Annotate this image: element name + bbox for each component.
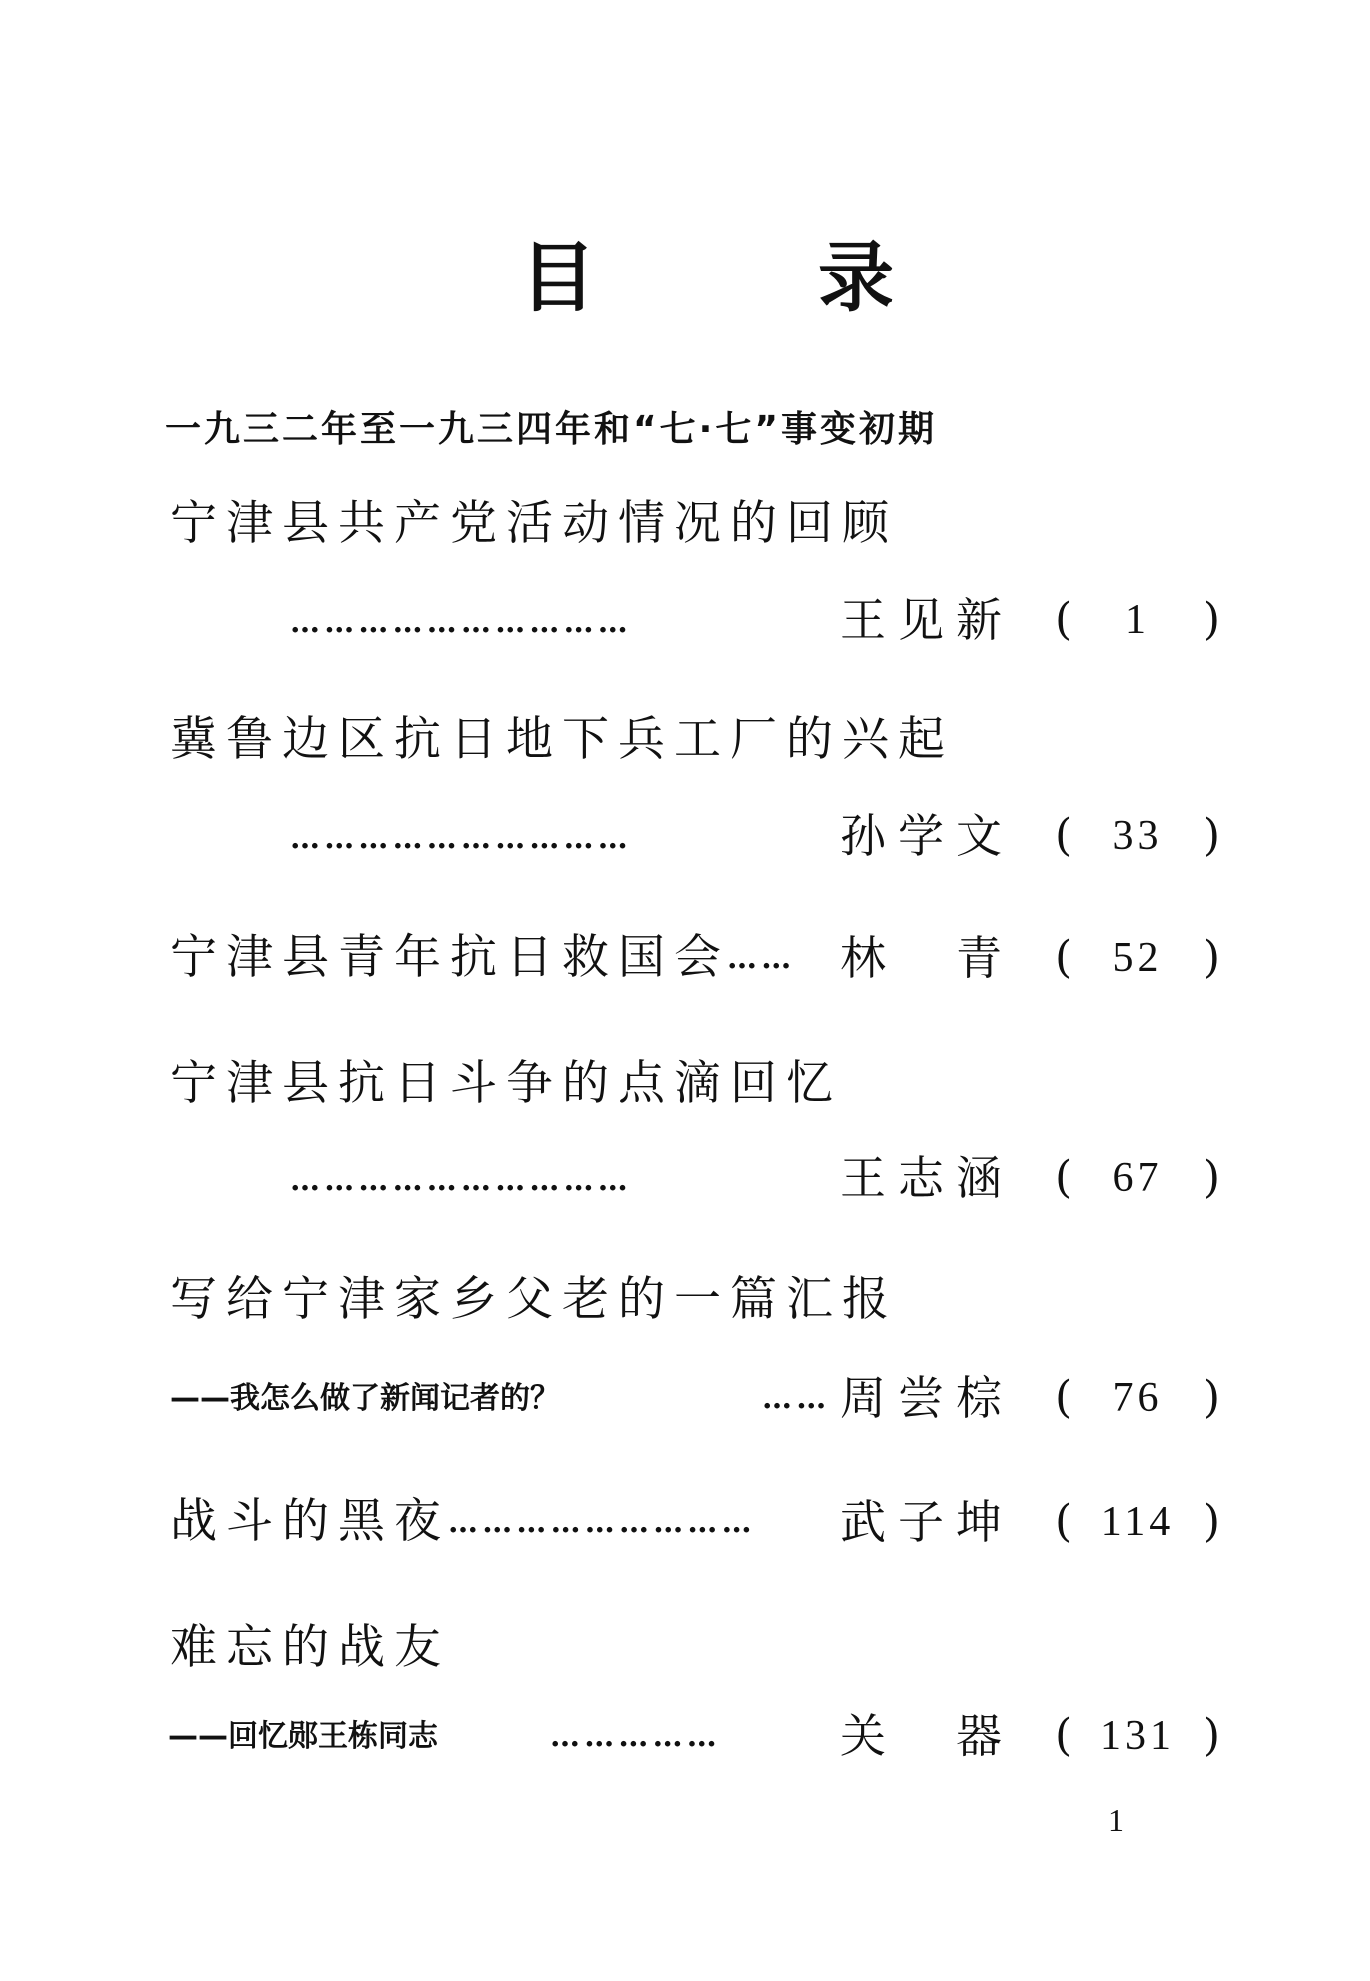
entry-subtitle: ——回忆郧王栋同志 xyxy=(168,1712,438,1762)
entry-meta: 林 青 (52) xyxy=(840,930,1220,986)
entry-page-ref[interactable]: (1) xyxy=(1055,592,1220,648)
entry-page-ref[interactable]: (76) xyxy=(1055,1370,1220,1426)
entry-title[interactable]: 冀鲁边区抗日地下兵工厂的兴起 xyxy=(170,712,954,768)
entry-meta: 武子坤 (114) xyxy=(840,1494,1220,1550)
entry-author: 周尝棕 xyxy=(840,1370,1014,1426)
dot-leader: ………………………… xyxy=(290,814,632,864)
toc-title-char-1: 目 xyxy=(520,238,596,318)
dot-leader: …… xyxy=(762,1374,830,1424)
entry-page-ref[interactable]: (33) xyxy=(1055,808,1220,864)
entry-author: 关 器 xyxy=(840,1708,1014,1764)
entry-title[interactable]: 宁津县抗日斗争的点滴回忆 xyxy=(170,1056,842,1112)
entry-page-number: 52 xyxy=(1113,930,1163,986)
section-header: 一九三二年至一九三四年和“七·七”事变初期 xyxy=(165,408,937,452)
entry-title[interactable]: 战斗的黑夜 xyxy=(170,1494,450,1550)
entry-title[interactable]: 宁津县共产党活动情况的回顾 xyxy=(170,496,898,552)
entry-author: 王见新 xyxy=(840,592,1014,648)
entry-meta: 周尝棕 (76) xyxy=(840,1370,1220,1426)
entry-page-number: 33 xyxy=(1113,808,1163,864)
entry-author: 武子坤 xyxy=(840,1494,1014,1550)
entry-author: 孙学文 xyxy=(840,808,1014,864)
entry-title[interactable]: 宁津县青年抗日救国会 xyxy=(170,930,730,986)
entry-author: 王志涵 xyxy=(840,1150,1014,1206)
page-number: 1 xyxy=(1108,1800,1124,1840)
entry-title[interactable]: 难忘的战友 xyxy=(170,1620,450,1676)
entry-meta: 孙学文 (33) xyxy=(840,808,1220,864)
entry-page-number: 1 xyxy=(1125,592,1150,648)
dot-leader: ………………………… xyxy=(290,1156,632,1206)
entry-page-ref[interactable]: (67) xyxy=(1055,1150,1220,1206)
entry-title[interactable]: 写给宁津家乡父老的一篇汇报 xyxy=(170,1272,898,1328)
entry-page-ref[interactable]: (52) xyxy=(1055,930,1220,986)
dot-leader: ……………………… xyxy=(448,1498,756,1548)
entry-author: 林 青 xyxy=(840,930,1014,986)
entry-meta: 关 器 (131) xyxy=(840,1708,1220,1764)
dot-leader: …………… xyxy=(550,1712,721,1762)
dot-leader: ………………………… xyxy=(290,598,632,648)
dot-leader: …… xyxy=(727,934,795,984)
entry-page-number: 114 xyxy=(1101,1494,1174,1550)
toc-title-char-2: 录 xyxy=(818,238,894,318)
entry-meta: 王见新 (1) xyxy=(840,592,1220,648)
entry-page-ref[interactable]: (131) xyxy=(1055,1708,1220,1764)
entry-subtitle: ——我怎么做了新闻记者的？ xyxy=(170,1374,560,1424)
entry-meta: 王志涵 (67) xyxy=(840,1150,1220,1206)
entry-page-ref[interactable]: (114) xyxy=(1055,1494,1220,1550)
entry-page-number: 67 xyxy=(1113,1150,1163,1206)
entry-page-number: 76 xyxy=(1113,1370,1163,1426)
entry-page-number: 131 xyxy=(1100,1708,1175,1764)
